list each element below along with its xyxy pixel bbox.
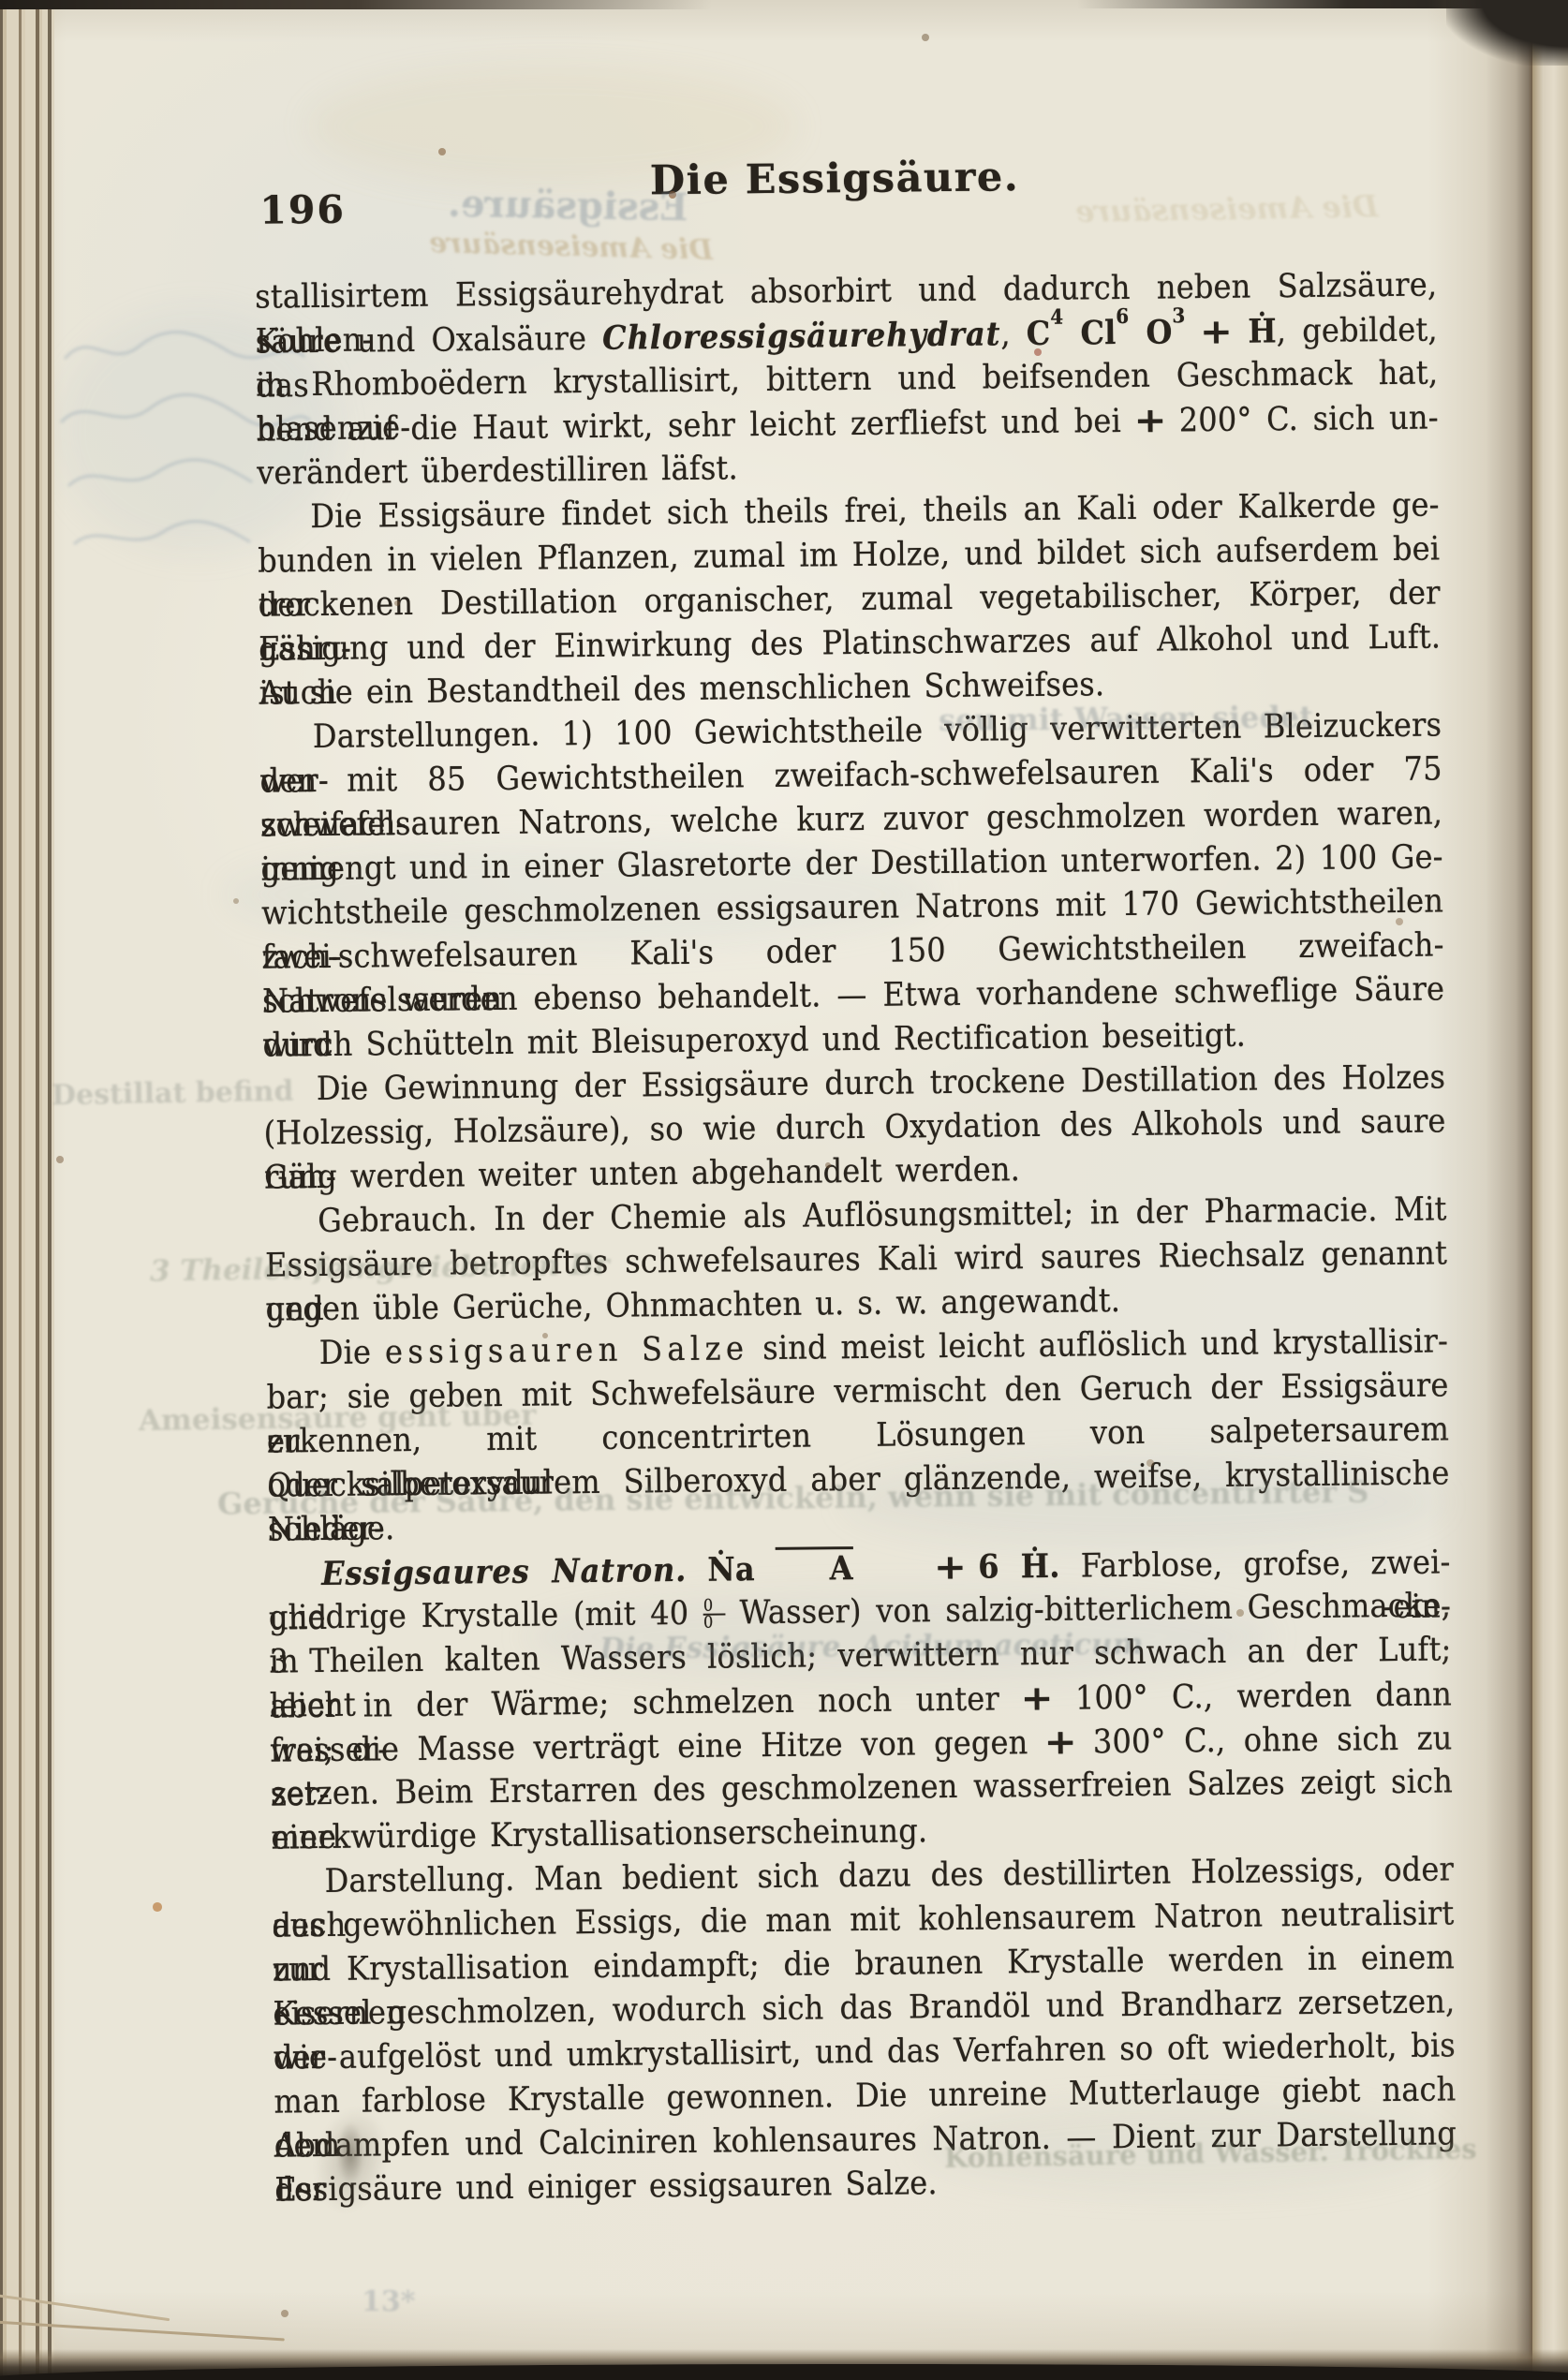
bleedthrough-text: Destillat befind (52, 1075, 294, 1113)
bleedthrough-text: 13* (362, 2285, 415, 2318)
bleedthrough-text: Essigsäure. (448, 182, 688, 229)
body-text: stallisirtem Essigsäurehydrat absorbirt … (255, 263, 1457, 2212)
text-block: 196 Die Essigsäure. stallisirtem Essigsä… (254, 143, 1463, 2244)
gutter-crease-shadow (1427, 0, 1532, 2380)
paragraph: Essigsaures Natron. Ṅa A + 6 Ḣ. Farblose… (268, 1540, 1453, 1860)
bleedthrough-text: Die Essigsäure. Acidum aceticum (599, 1627, 1144, 1665)
paragraph: stallisirtem Essigsäurehydrat absorbirt … (255, 263, 1439, 495)
bleedthrough-text: 3 Theilen feingeriebenen Br (150, 1249, 610, 1289)
page-stack-left-edge (0, 0, 54, 2380)
next-page-edge (1532, 0, 1568, 2380)
dark-corner-top-right (1446, 0, 1568, 66)
paragraph: Die Essigsäure findet sich theils frei, … (257, 483, 1441, 716)
top-edge-shadow-left (0, 0, 712, 9)
bleedthrough-text: seu mit Wasser, siedet (939, 699, 1313, 737)
bleedthrough-text: Ameisensäure geht über (139, 1398, 537, 1438)
ink-smudge (337, 2122, 363, 2184)
paragraph: Die Gewinnung der Essigsäure durch trock… (263, 1056, 1446, 1200)
bleedthrough-text: Die Ameisensäure (1075, 188, 1379, 229)
scanned-book-page: 196 Die Essigsäure. stallisirtem Essigsä… (0, 0, 1568, 2380)
paragraph: Darstellungen. 1) 100 Gewichtstheile völ… (259, 703, 1445, 1068)
